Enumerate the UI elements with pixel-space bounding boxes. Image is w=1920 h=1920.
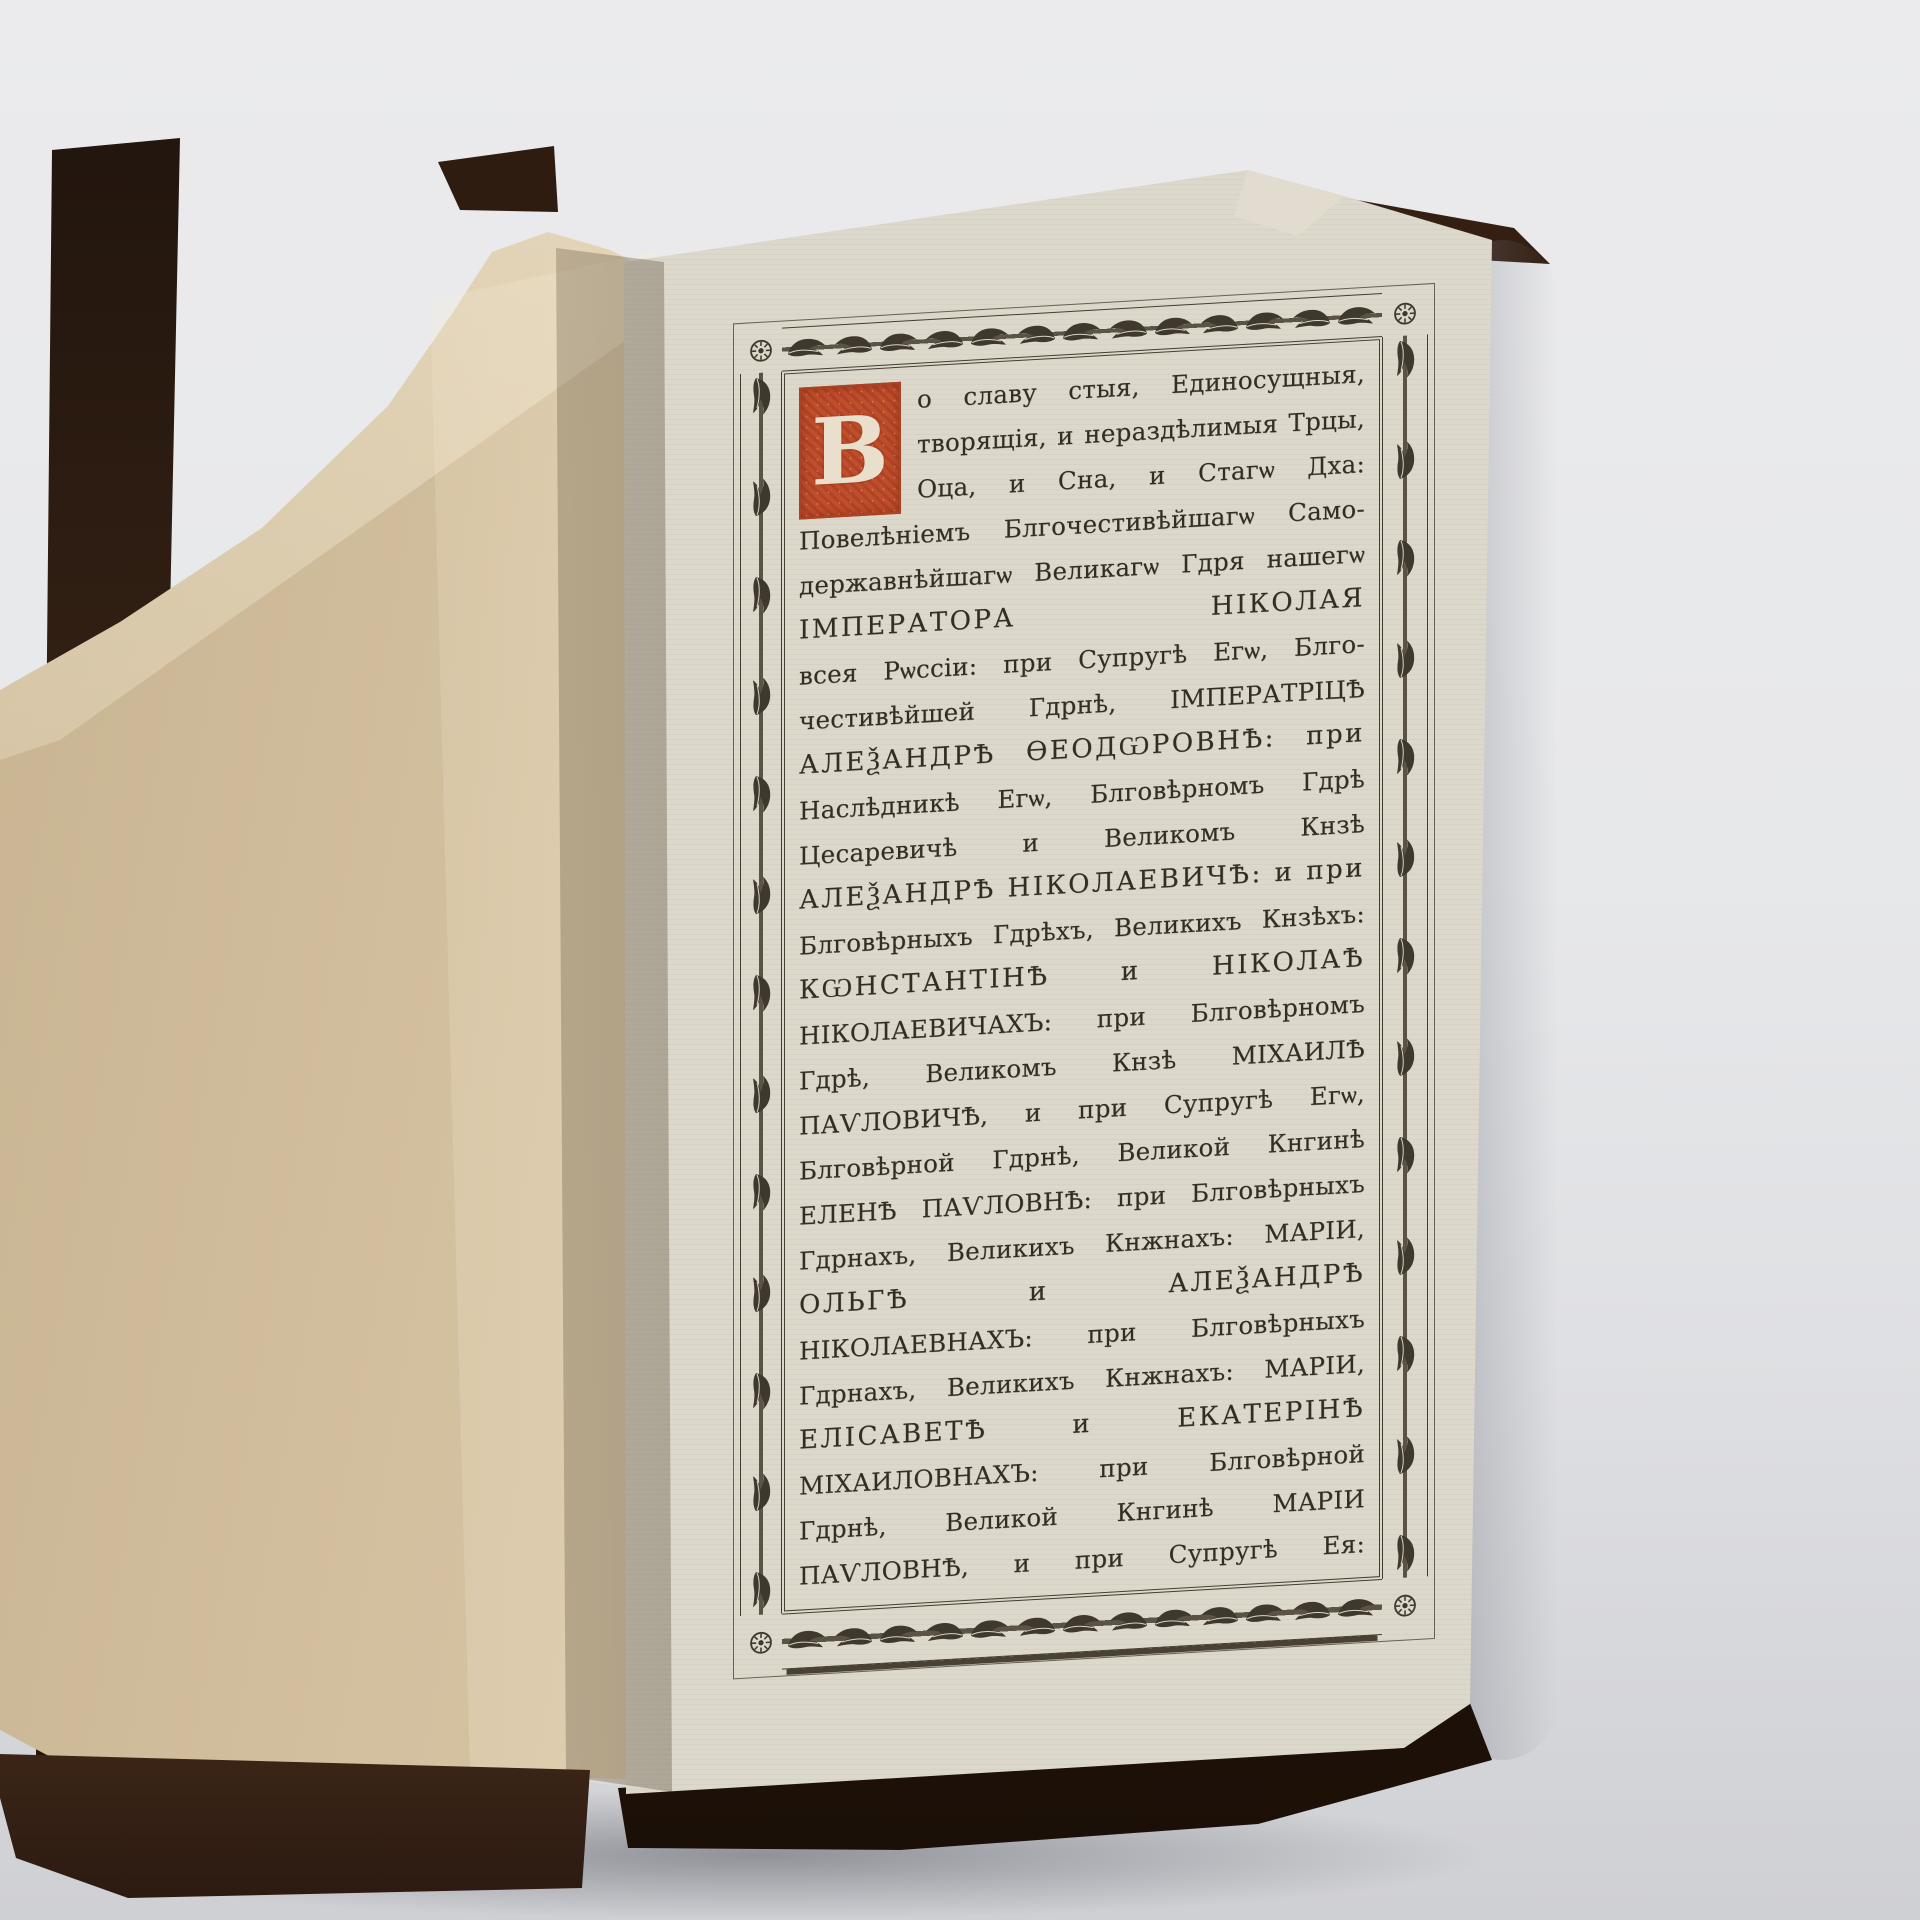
- rosette-ornament-icon: [740, 328, 782, 374]
- leaf-ornament-icon: [1394, 1134, 1416, 1177]
- drop-cap-letter: В: [811, 402, 889, 498]
- leaf-ornament-icon: [786, 1628, 828, 1652]
- drop-cap-initial: В: [799, 382, 901, 520]
- rosette-ornament-icon: [1382, 290, 1428, 337]
- leaf-ornament-icon: [1290, 307, 1332, 331]
- leaf-ornament-icon: [1394, 736, 1416, 779]
- leaf-ornament-icon: [750, 674, 772, 717]
- leaf-ornament-icon: [1015, 323, 1057, 347]
- leaf-ornament-icon: [750, 1072, 772, 1115]
- page-text-block: В о славу стыя, Единосущныя, живо- творя…: [784, 339, 1380, 1611]
- leaf-ornament-icon: [750, 1470, 772, 1513]
- leaf-ornament-icon: [923, 1620, 965, 1644]
- leaf-ornament-icon: [1394, 537, 1416, 580]
- leaf-ornament-icon: [1394, 338, 1416, 381]
- leaf-ornament-icon: [1394, 836, 1416, 879]
- leaf-ornament-icon: [1198, 312, 1240, 336]
- leaf-ornament-icon: [750, 773, 772, 816]
- leaf-ornament-icon: [878, 1623, 920, 1647]
- leaf-ornament-icon: [750, 1370, 772, 1413]
- leaf-ornament-icon: [750, 972, 772, 1015]
- leaf-ornament-icon: [1394, 935, 1416, 978]
- leaf-ornament-icon: [1290, 1599, 1332, 1623]
- leaf-ornament-icon: [1015, 1615, 1057, 1639]
- leaf-ornament-icon: [1198, 1604, 1240, 1628]
- leaf-ornament-icon: [750, 574, 772, 617]
- leaf-ornament-icon: [750, 475, 772, 518]
- ornament-band-left: [740, 372, 782, 1616]
- leaf-ornament-icon: [923, 328, 965, 352]
- leaf-ornament-icon: [1244, 310, 1286, 334]
- leaf-ornament-icon: [750, 375, 772, 418]
- leaf-ornament-icon: [1153, 1607, 1195, 1631]
- leaf-ornament-icon: [1394, 1234, 1416, 1277]
- leaf-ornament-icon: [1107, 1609, 1149, 1633]
- ornamental-border-frame: В о славу стыя, Единосущныя, живо- творя…: [740, 290, 1428, 1672]
- leaf-ornament-icon: [1244, 1602, 1286, 1626]
- rosette-ornament-icon: [1382, 1576, 1428, 1635]
- leaf-ornament-icon: [1394, 438, 1416, 481]
- leaf-ornament-icon: [1153, 315, 1195, 339]
- leaf-ornament-icon: [878, 331, 920, 355]
- leaf-ornament-icon: [1061, 320, 1103, 344]
- leaf-ornament-icon: [1107, 317, 1149, 341]
- leaf-ornament-icon: [1061, 1612, 1103, 1636]
- leaf-ornament-icon: [750, 1271, 772, 1314]
- leaf-ornament-icon: [969, 1617, 1011, 1641]
- leaf-ornament-icon: [1394, 637, 1416, 680]
- leaf-ornament-icon: [786, 336, 828, 360]
- leaf-ornament-icon: [1394, 1532, 1416, 1575]
- leaf-ornament-icon: [1336, 304, 1378, 328]
- leaf-ornament-icon: [750, 873, 772, 916]
- leaf-ornament-icon: [1336, 1596, 1378, 1620]
- photo-scene: В о славу стыя, Единосущныя, живо- творя…: [0, 0, 1920, 1920]
- leaf-ornament-icon: [750, 1171, 772, 1214]
- leaf-ornament-icon: [1394, 1433, 1416, 1476]
- ornament-band-right: [1382, 334, 1428, 1579]
- leaf-ornament-icon: [832, 1625, 874, 1649]
- leaf-ornament-icon: [1394, 1333, 1416, 1376]
- rosette-ornament-icon: [740, 1614, 782, 1672]
- leaf-ornament-icon: [1394, 1035, 1416, 1078]
- leaf-ornament-icon: [969, 325, 1011, 349]
- leaf-ornament-icon: [832, 333, 874, 357]
- leaf-ornament-icon: [750, 1569, 772, 1612]
